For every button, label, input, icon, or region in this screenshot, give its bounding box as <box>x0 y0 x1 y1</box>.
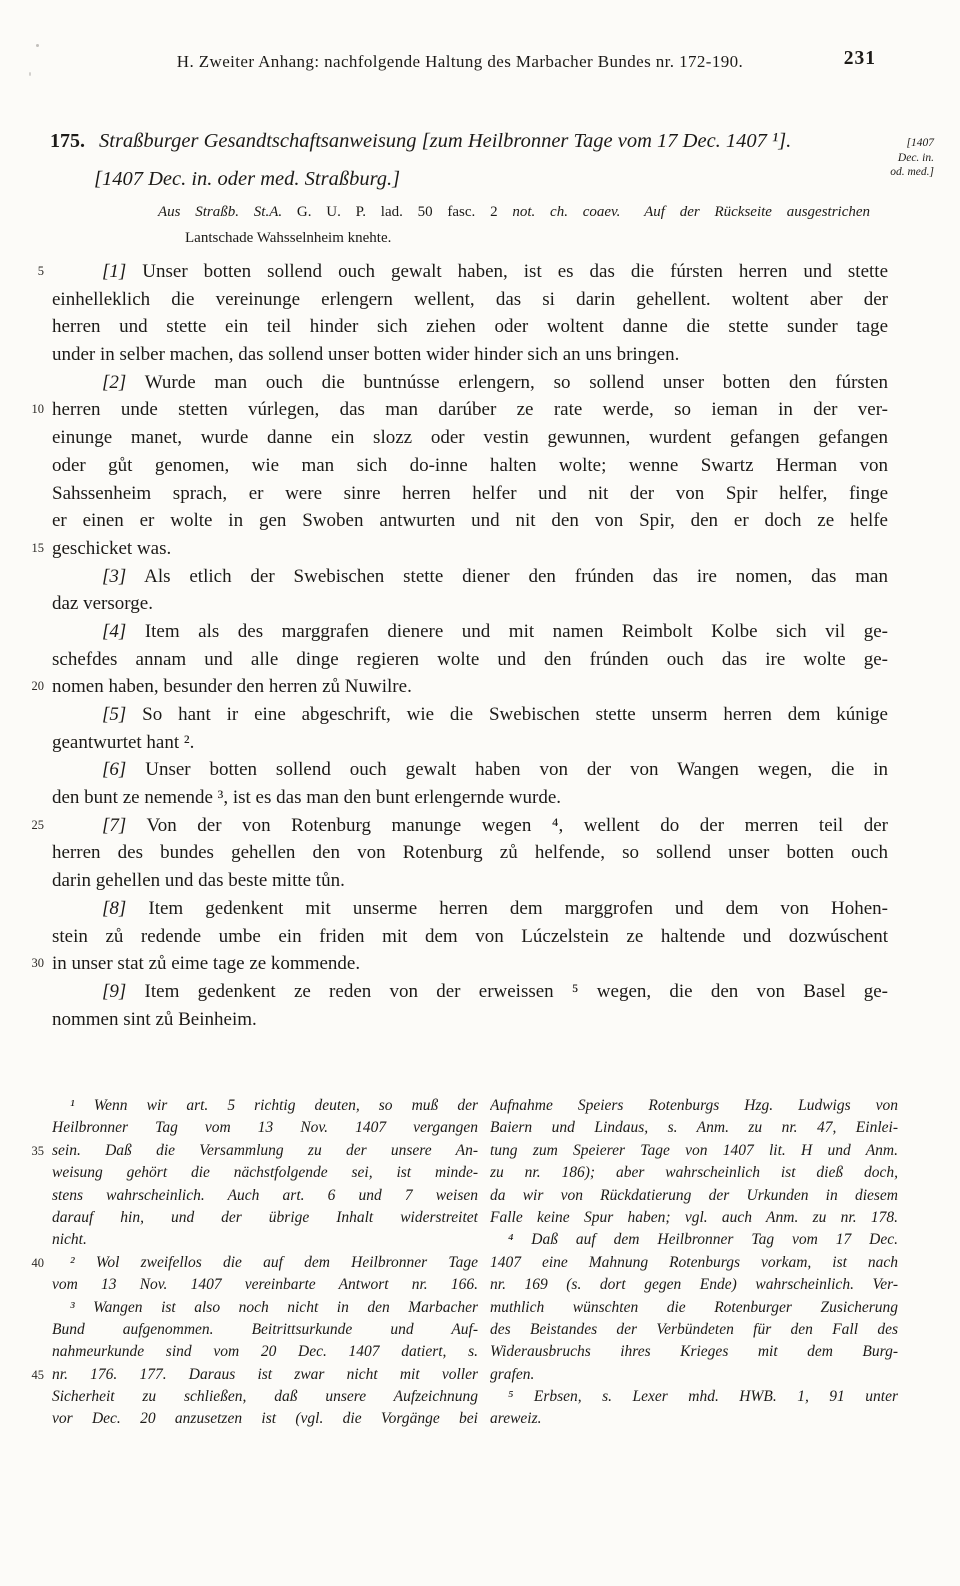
footnote-line: nr. 169 (s. dort gegen Ende) wahrscheinl… <box>490 1274 898 1296</box>
margin-line-number: 5 <box>14 264 44 279</box>
source-archive: Aus Straßb. St.A. <box>158 204 282 220</box>
body-text-line: herren und stette ein teil hinder sich z… <box>52 313 888 341</box>
page-number: 231 <box>844 48 876 70</box>
source-note: Aus Straßb. St.A. G. U. P. lad. 50 fasc.… <box>158 200 870 251</box>
scan-speck <box>36 44 39 47</box>
margin-line-number: 20 <box>14 679 44 694</box>
footnote-line: grafen. <box>490 1364 898 1386</box>
body-text-line: nommen sint zů Beinheim. <box>52 1006 888 1034</box>
body-text-line: nomen haben, besunder den herren zů Nuwi… <box>52 673 888 701</box>
footnote-line: ¹ Wenn wir art. 5 richtig deuten, so muß… <box>52 1095 478 1117</box>
body-text-line: herren des bundes gehellen den von Roten… <box>52 839 888 867</box>
source-note-line: Lantschade Wahsselnheim knehte. <box>158 226 870 252</box>
paragraph-number: [2] <box>102 372 126 393</box>
footnote-line: Aufnahme Speiers Rotenburgs Hzg. Ludwigs… <box>490 1095 898 1117</box>
footnote-line: nicht. <box>52 1229 478 1251</box>
footnote-line: Bund aufgenommen. Beitrittsurkunde und A… <box>52 1319 478 1341</box>
source-shelfmark: G. U. P. lad. 50 fasc. 2 <box>297 204 498 220</box>
footnote-line: weisung gehört die nächstfolgende sei, i… <box>52 1162 478 1184</box>
margin-line-number: 10 <box>14 402 44 417</box>
margin-line-number: 45 <box>14 1368 44 1383</box>
body-text-line: stein zů redende umbe ein friden mit dem… <box>52 923 888 951</box>
entry-subtitle: [1407 Dec. in. oder med. Straßburg.] <box>94 168 400 191</box>
footnote-line: 1407 eine Mahnung Rotenburgs vorkam, ist… <box>490 1252 898 1274</box>
body-text-line: [2] Wurde man ouch die buntnússe erlenge… <box>52 369 888 397</box>
book-page: H. Zweiter Anhang: nachfolgende Haltung … <box>0 0 960 1586</box>
body-text-line: Sahssenheim sprach, er were sinre herren… <box>52 480 888 508</box>
paragraph-number: [6] <box>102 759 126 780</box>
footnote-line: ⁵ Erbsen, s. Lexer mhd. HWB. 1, 91 unter <box>490 1386 898 1408</box>
footnote-line: vom 13 Nov. 1407 vereinbarte Antwort nr.… <box>52 1274 478 1296</box>
source-verso-note: Auf der Rückseite ausgestrichen <box>644 204 870 220</box>
body-text-line: einhelleklich die vereinunge erlengern w… <box>52 286 888 314</box>
footnote-line: muthlich wünschten die Rotenburger Zusic… <box>490 1297 898 1319</box>
margin-date-line: od. med.] <box>830 165 934 180</box>
paragraph-number: [8] <box>102 898 126 919</box>
footnote-line: areweiz. <box>490 1408 898 1430</box>
body-text-line: er einen er wolte in gen Swoben antwurte… <box>52 507 888 535</box>
footnote-line: tung zum Speierer Tage von 1407 lit. H u… <box>490 1140 898 1162</box>
paragraph-number: [4] <box>102 621 126 642</box>
entry-heading: 175. Straßburger Gesandtschaftsanweisung… <box>50 130 880 153</box>
margin-line-number: 25 <box>14 818 44 833</box>
footnote-line: Widerausbruchs ihres Krieges mit dem Bur… <box>490 1341 898 1363</box>
body-text-line: darin gehellen und das beste mitte tůn. <box>52 867 888 895</box>
margin-date-note: [1407 Dec. in. od. med.] <box>830 136 934 180</box>
footnote-line: ³ Wangen ist also noch nicht in den Marb… <box>52 1297 478 1319</box>
body-text-line: [1] Unser botten sollend ouch gewalt hab… <box>52 258 888 286</box>
margin-line-number: 15 <box>14 541 44 556</box>
body-text-line: [4] Item als des marggrafen dienere und … <box>52 618 888 646</box>
scan-speck <box>29 72 31 76</box>
body-text-line: geantwurtet hant ². <box>52 729 888 757</box>
footnote-line: zu nr. 186); aber wahrscheinlich ist die… <box>490 1162 898 1184</box>
body-text-line: daz versorge. <box>52 590 888 618</box>
footnotes-left-column: ¹ Wenn wir art. 5 richtig deuten, so muß… <box>52 1095 478 1431</box>
body-text-line: [7] Von der von Rotenburg manunge wegen … <box>52 812 888 840</box>
footnote-line: des Beistandes der Verbündeten für den F… <box>490 1319 898 1341</box>
margin-line-number: 35 <box>14 1144 44 1159</box>
body-text-line: oder gůt genomen, wie man sich do-inne h… <box>52 452 888 480</box>
body-text-line: herren unde stetten vúrlegen, das man da… <box>52 396 888 424</box>
body-text-line: under in selber machen, das sollend unse… <box>52 341 888 369</box>
paragraph-number: [1] <box>102 261 126 282</box>
footnote-line: sein. Daß die Versammlung zu der unsere … <box>52 1140 478 1162</box>
footnote-line: nahmeurkunde sind vom 20 Dec. 1407 datie… <box>52 1341 478 1363</box>
paragraph-number: [9] <box>102 981 126 1002</box>
footnote-line: da wir von Rückdatierung der Urkunden in… <box>490 1185 898 1207</box>
footnote-line: nr. 176. 177. Daraus ist zwar nicht mit … <box>52 1364 478 1386</box>
source-description: not. ch. coaev. <box>512 204 620 220</box>
body-text-line: [3] Als etlich der Swebischen stette die… <box>52 563 888 591</box>
footnotes-right-column: Aufnahme Speiers Rotenburgs Hzg. Ludwigs… <box>490 1095 898 1431</box>
footnote-line: ² Wol zweifellos die auf dem Heilbronner… <box>52 1252 478 1274</box>
footnote-line: Falle keine Spur haben; vgl. auch Anm. z… <box>490 1207 898 1229</box>
margin-line-number: 40 <box>14 1256 44 1271</box>
body-text-line: [5] So hant ir eine abgeschrift, wie die… <box>52 701 888 729</box>
footnote-line: vor Dec. 20 anzusetzen ist (vgl. die Vor… <box>52 1408 478 1430</box>
footnote-line: ⁴ Daß auf dem Heilbronner Tag vom 17 Dec… <box>490 1229 898 1251</box>
body-text-line: einunge manet, wurde danne ein slozz ode… <box>52 424 888 452</box>
body-text-line: [8] Item gedenkent mit unserme herren de… <box>52 895 888 923</box>
body-text-line: schefdes annam und alle dinge regieren w… <box>52 646 888 674</box>
body-text-line: [6] Unser botten sollend ouch gewalt hab… <box>52 756 888 784</box>
entry-title: Straßburger Gesandtschaftsanweisung [zum… <box>99 130 791 152</box>
margin-date-line: [1407 <box>830 136 934 151</box>
body-text-line: in unser stat zů eime tage ze kommende. <box>52 950 888 978</box>
main-text: [1] Unser botten sollend ouch gewalt hab… <box>52 258 888 1033</box>
running-title: H. Zweiter Anhang: nachfolgende Haltung … <box>0 52 920 72</box>
footnote-line: Heilbronner Tag vom 13 Nov. 1407 vergang… <box>52 1117 478 1139</box>
footnote-line: Baiern und Lindaus, s. Anm. zu nr. 47, E… <box>490 1117 898 1139</box>
body-text-line: [9] Item gedenkent ze reden von der erwe… <box>52 978 888 1006</box>
paragraph-number: [7] <box>102 815 126 836</box>
margin-line-number: 30 <box>14 956 44 971</box>
footnote-line: darauf hin, und der übrige Inhalt widers… <box>52 1207 478 1229</box>
entry-number: 175. <box>50 130 85 152</box>
body-text-line: geschicket was. <box>52 535 888 563</box>
paragraph-number: [5] <box>102 704 126 725</box>
paragraph-number: [3] <box>102 566 126 587</box>
body-text-line: den bunt ze nemende ³, ist es das man de… <box>52 784 888 812</box>
margin-date-line: Dec. in. <box>830 151 934 166</box>
source-note-line: Aus Straßb. St.A. G. U. P. lad. 50 fasc.… <box>158 200 870 226</box>
footnote-line: stens wahrscheinlich. Auch art. 6 und 7 … <box>52 1185 478 1207</box>
footnote-line: Sicherheit zu schließen, daß unsere Aufz… <box>52 1386 478 1408</box>
